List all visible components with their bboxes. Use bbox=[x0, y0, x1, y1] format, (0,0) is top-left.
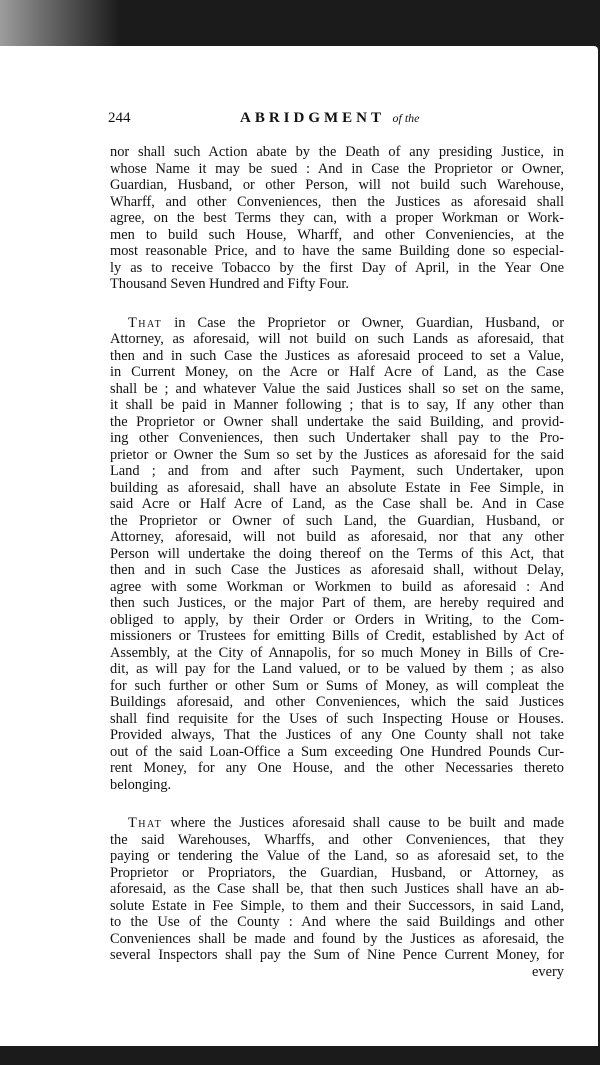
text-line: Thousand Seven Hundred and Fifty Four. bbox=[110, 276, 564, 293]
text-line: shall be ; and whatever Value the said J… bbox=[110, 381, 564, 398]
paragraph-1: nor shall such Action abate by the Death… bbox=[110, 144, 564, 293]
text-line: most reasonable Price, and to have the s… bbox=[110, 243, 564, 260]
text-line: solute Estate in Fee Simple, to them and… bbox=[110, 898, 564, 915]
text-line: building as aforesaid, shall have an abs… bbox=[110, 480, 564, 497]
text-line: aforesaid, as the Case shall be, that th… bbox=[110, 881, 564, 898]
text-line: Land ; and from and after such Payment, … bbox=[110, 463, 564, 480]
text-line: shall find requisite for the Uses of suc… bbox=[110, 711, 564, 728]
text-line: several Inspectors shall pay the Sum of … bbox=[110, 947, 564, 964]
scan-noise bbox=[0, 0, 120, 50]
paragraph-lead: That bbox=[128, 315, 162, 331]
text-line: obliged to apply, by their Order or Orde… bbox=[110, 612, 564, 629]
text-line: Person will undertake the doing thereof … bbox=[110, 546, 564, 563]
text-line: out of the said Loan-Office a Sum exceed… bbox=[110, 744, 564, 761]
text-line: in Current Money, on the Acre or Half Ac… bbox=[110, 364, 564, 381]
text-line: Assembly, at the City of Annapolis, for … bbox=[110, 645, 564, 662]
text-line: agree with some Workman or Workmen to bu… bbox=[110, 579, 564, 596]
text-line: belonging. bbox=[110, 777, 564, 794]
scan-border-bottom bbox=[0, 1052, 600, 1065]
text-line: the said Warehouses, Wharffs, and other … bbox=[110, 832, 564, 849]
running-head-suffix: of the bbox=[393, 111, 420, 125]
scan-border-top bbox=[0, 0, 600, 50]
text-line: Proprietor or Propriators, the Guardian,… bbox=[110, 865, 564, 882]
text-line: Provided always, That the Justices of an… bbox=[110, 727, 564, 744]
text-line: nor shall such Action abate by the Death… bbox=[110, 144, 564, 161]
text-line: prietor or Owner the Sum so set by the J… bbox=[110, 447, 564, 464]
paragraph-3: That where the Justices aforesaid shall … bbox=[110, 815, 564, 980]
text-line: to the Use of the County : And where the… bbox=[110, 914, 564, 931]
text-line: Attorney, aforesaid, will not build as a… bbox=[110, 529, 564, 546]
text-line: Guardian, Husband, or other Person, will… bbox=[110, 177, 564, 194]
running-head-title: ABRIDGMENT of the bbox=[240, 110, 420, 127]
text-line: said Acre or Half Acre of Land, as the C… bbox=[110, 496, 564, 513]
text-line: agree, on the best Terms they can, with … bbox=[110, 210, 564, 227]
paragraph-lead: That bbox=[128, 815, 162, 831]
text-line: missioners or Trustees for emitting Bill… bbox=[110, 628, 564, 645]
text-line: Wharff, and other Conveniences, then the… bbox=[110, 194, 564, 211]
text-line: That where the Justices aforesaid shall … bbox=[110, 815, 564, 832]
text-line: ly as to receive Tobacco by the first Da… bbox=[110, 260, 564, 277]
text-line: Buildings aforesaid, and other Convenien… bbox=[110, 694, 564, 711]
text-line: it shall be paid in Manner following ; t… bbox=[110, 397, 564, 414]
text-line: then and in such Case the Justices as af… bbox=[110, 562, 564, 579]
text-line: the Proprietor or Owner of such Land, th… bbox=[110, 513, 564, 530]
text-line: then such Justices, or the major Part of… bbox=[110, 595, 564, 612]
paragraph-2: That in Case the Proprietor or Owner, Gu… bbox=[110, 315, 564, 794]
text-line: men to build such House, Wharff, and oth… bbox=[110, 227, 564, 244]
text-line: the Proprietor or Owner shall undertake … bbox=[110, 414, 564, 431]
text-line: Conveniences shall be made and found by … bbox=[110, 931, 564, 948]
text-fragment: where the Justices aforesaid shall cause… bbox=[162, 815, 564, 831]
text-line: ing other Conveniences, then such Undert… bbox=[110, 430, 564, 447]
text-line: That in Case the Proprietor or Owner, Gu… bbox=[110, 315, 564, 332]
text-line: for such further or other Sum or Sums of… bbox=[110, 678, 564, 695]
text-line: then and in such Case the Justices as af… bbox=[110, 348, 564, 365]
body-text: nor shall such Action abate by the Death… bbox=[110, 144, 564, 1002]
text-line: whose Name it may be sued : And in Case … bbox=[110, 161, 564, 178]
text-line: Attorney, as aforesaid, will not build o… bbox=[110, 331, 564, 348]
catchword: every bbox=[110, 964, 564, 981]
running-head-main: ABRIDGMENT bbox=[240, 110, 385, 126]
running-head: 244 ABRIDGMENT of the bbox=[108, 110, 568, 130]
text-line: dit, as will pay for the Land valued, or… bbox=[110, 661, 564, 678]
text-fragment: in Case the Proprietor or Owner, Guardia… bbox=[162, 315, 564, 331]
page-number: 244 bbox=[108, 110, 131, 127]
text-line: rent Money, for any One House, and the o… bbox=[110, 760, 564, 777]
text-line: paying or tendering the Value of the Lan… bbox=[110, 848, 564, 865]
